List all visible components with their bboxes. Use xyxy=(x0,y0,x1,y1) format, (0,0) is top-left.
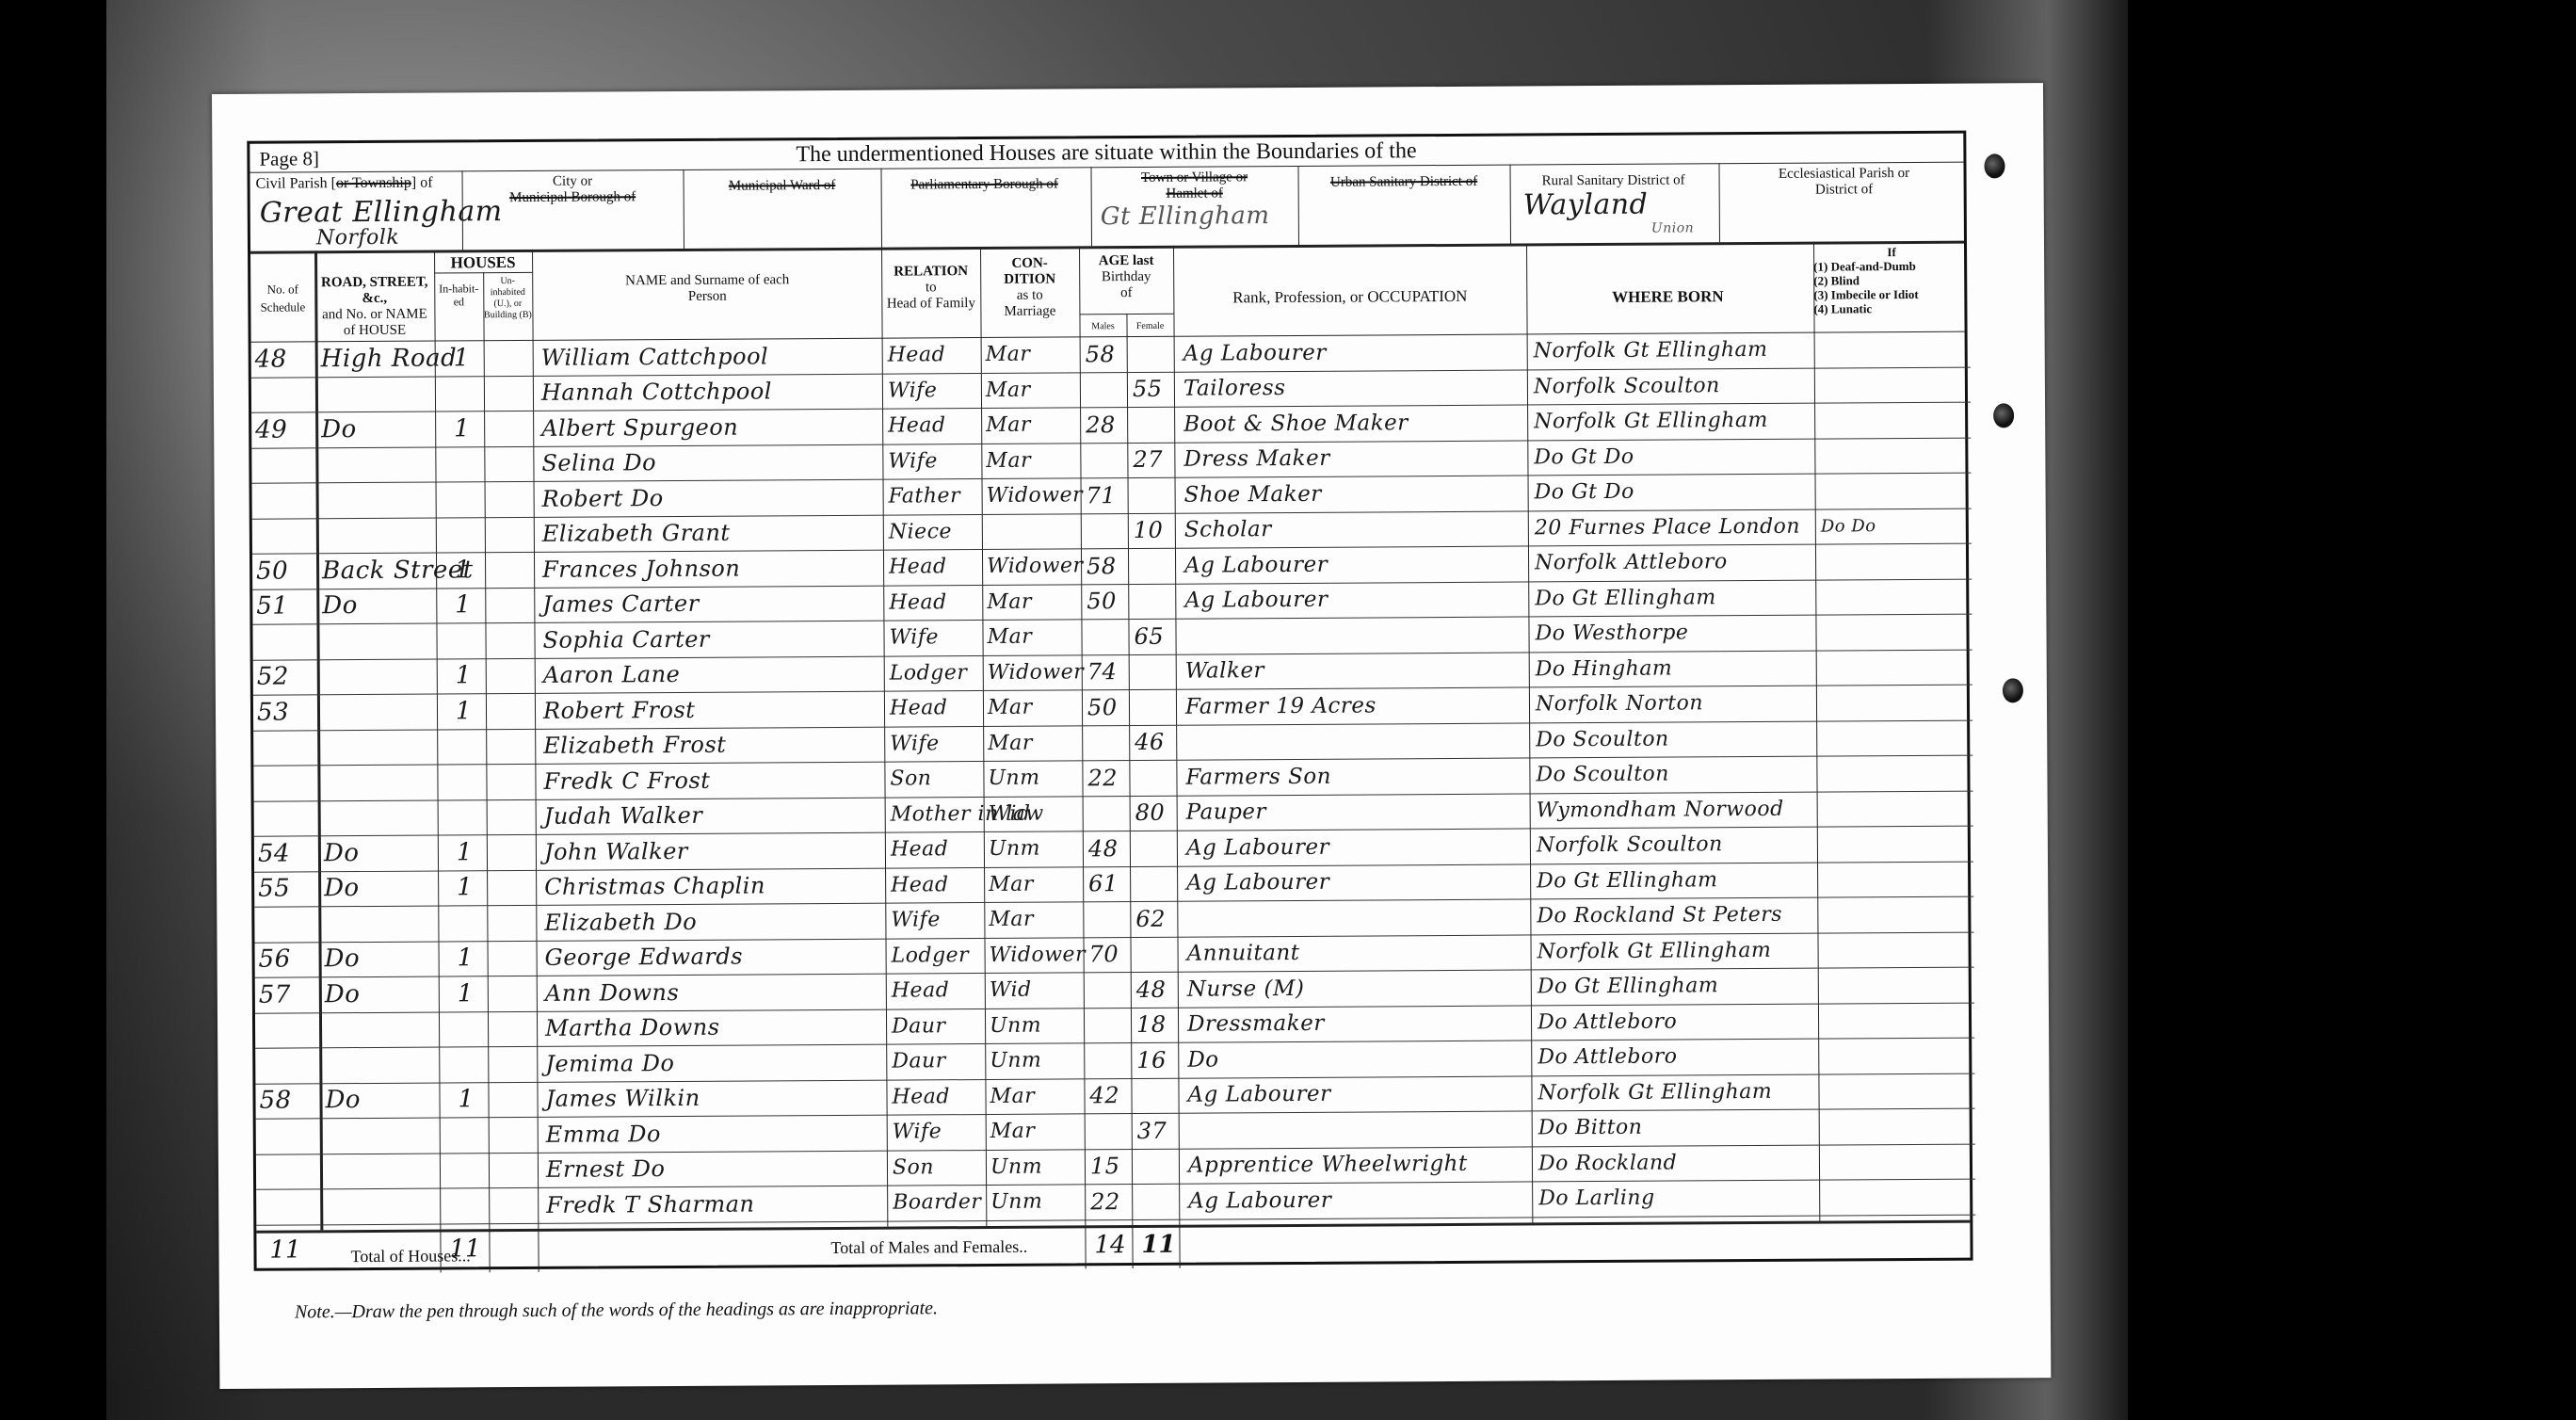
col-condition: CON- DITION as to Marriage xyxy=(980,255,1079,320)
where-born-cell: Do Attleboro xyxy=(1538,1003,1818,1040)
col-relation-l2: to xyxy=(881,280,980,297)
inhabited-cell: 1 xyxy=(457,834,485,870)
road-cell xyxy=(323,694,436,730)
relation-cell: Mother in law xyxy=(891,797,985,832)
col-age-l1: AGE last xyxy=(1079,253,1173,270)
col-schedule: No. of Schedule xyxy=(250,280,314,315)
relation-cell: Boarder xyxy=(893,1185,987,1220)
female-age-cell: 55 xyxy=(1133,371,1174,407)
page-title: The undermentioned Houses are situate wi… xyxy=(796,138,1416,168)
col-condition-l4: Marriage xyxy=(980,303,1079,320)
schedule-cell: 57 xyxy=(259,976,319,1012)
civil-parish-label: Civil Parish [ xyxy=(256,175,336,192)
male-age-cell: 22 xyxy=(1087,760,1129,796)
col-name-l2: Person xyxy=(580,288,834,306)
city-label: City or xyxy=(462,173,684,190)
inhabited-cell xyxy=(454,446,482,482)
name-cell: Fredk T Sharman xyxy=(546,1186,887,1223)
male-age-cell: 58 xyxy=(1087,548,1128,584)
road-cell: Do xyxy=(324,941,437,976)
name-cell: Elizabeth Frost xyxy=(543,726,884,764)
male-age-cell xyxy=(1086,372,1127,408)
relation-cell: Head xyxy=(891,831,985,867)
road-cell xyxy=(323,658,436,694)
disability-cell xyxy=(1823,896,1973,932)
municipal-ward-cell: Municipal Ward of xyxy=(684,178,881,195)
schedule-cell xyxy=(256,518,316,554)
where-born-cell: Norfolk Scoulton xyxy=(1534,367,1814,404)
col-age-l3: of xyxy=(1079,285,1173,302)
col-schedule-l1: No. of xyxy=(250,280,314,298)
schedule-cell: 52 xyxy=(257,659,317,695)
occupation-cell: Walker xyxy=(1185,652,1529,689)
schedule-cell xyxy=(255,447,315,483)
schedule-cell xyxy=(259,1047,319,1083)
where-born-cell: Norfolk Norton xyxy=(1536,686,1816,722)
disability-cell xyxy=(1820,331,1971,367)
town-village-label: Town or Village or xyxy=(1091,169,1298,186)
occupation-cell: Shoe Maker xyxy=(1184,475,1528,512)
road-cell xyxy=(322,623,435,659)
where-born-cell: Do Gt Ellingham xyxy=(1537,862,1817,898)
occupation-cell: Dress Maker xyxy=(1183,440,1527,477)
condition-cell: Mar xyxy=(988,725,1082,761)
inhabited-cell xyxy=(456,729,484,765)
name-cell: Emma Do xyxy=(546,1115,887,1153)
where-born-cell: Do Bitton xyxy=(1538,1109,1819,1146)
road-cell: Back Street xyxy=(322,553,435,589)
disability-cell xyxy=(1821,614,1972,650)
road-cell xyxy=(323,729,436,765)
name-cell: Frances Johnson xyxy=(542,550,883,588)
female-age-cell: 27 xyxy=(1133,442,1174,477)
name-cell: Martha Downs xyxy=(545,1009,886,1046)
condition-cell: Mar xyxy=(987,584,1081,620)
schedule-cell: 49 xyxy=(255,411,315,447)
schedule-cell xyxy=(260,1188,320,1224)
male-age-cell xyxy=(1089,972,1131,1008)
schedule-cell: 58 xyxy=(259,1083,319,1119)
occupation-cell: Ag Labourer xyxy=(1188,1181,1532,1218)
parliamentary-borough-cell: Parliamentary Borough of xyxy=(881,176,1088,193)
name-cell: James Carter xyxy=(542,585,883,622)
census-table: Page 8] The undermentioned Houses are si… xyxy=(247,131,1972,1271)
female-age-cell xyxy=(1137,1184,1179,1219)
relation-cell: Son xyxy=(893,1149,987,1185)
where-born-cell: Do Scoulton xyxy=(1536,756,1816,793)
col-houses: HOUSES xyxy=(434,253,532,272)
female-age-cell xyxy=(1134,548,1175,584)
col-name: NAME and Surname of each Person xyxy=(580,272,834,306)
col-disability-l2: (2) Blind xyxy=(1813,273,1970,288)
occupation-cell: Boot & Shoe Maker xyxy=(1183,404,1527,442)
col-schedule-l2: Schedule xyxy=(250,298,314,315)
male-age-cell: 22 xyxy=(1090,1184,1132,1219)
where-born-cell: Norfolk Gt Ellingham xyxy=(1537,932,1817,969)
inhabited-cell: 1 xyxy=(454,411,482,446)
road-cell xyxy=(322,517,435,553)
col-disability-l0: If xyxy=(1813,245,1970,260)
road-cell: Do xyxy=(324,835,437,871)
road-cell: Do xyxy=(325,976,438,1012)
female-age-cell xyxy=(1135,865,1177,901)
disability-cell xyxy=(1821,578,1972,614)
road-cell: Do xyxy=(321,411,434,447)
condition-cell: Unm xyxy=(990,1042,1084,1078)
condition-cell: Wid xyxy=(990,972,1084,1008)
total-schedules: 11 xyxy=(269,1235,300,1264)
where-born-cell: 20 Furnes Place London xyxy=(1535,508,1815,545)
occupation-cell: Tailoress xyxy=(1183,369,1527,407)
total-persons-label: Total of Males and Females.. xyxy=(830,1237,1027,1258)
road-cell xyxy=(323,765,436,800)
col-disability: If (1) Deaf-and-Dumb (2) Blind (3) Imbec… xyxy=(1813,245,1970,316)
disability-cell xyxy=(1824,1073,1974,1108)
ecclesiastical-label: Ecclesiastical Parish or xyxy=(1719,166,1970,184)
condition-cell: Mar xyxy=(987,619,1081,654)
female-age-cell xyxy=(1134,583,1175,619)
civil-parish-county: Norfolk xyxy=(316,226,399,250)
inhabited-cell xyxy=(457,905,485,941)
disability-cell xyxy=(1823,931,1973,967)
road-cell: Do xyxy=(324,870,437,906)
ecclesiastical-label-2: District of xyxy=(1719,182,1970,200)
relation-cell: Lodger xyxy=(891,937,985,973)
road-cell xyxy=(321,376,434,411)
occupation-cell: Ag Labourer xyxy=(1186,863,1530,901)
condition-cell: Mar xyxy=(989,866,1083,902)
col-uninhabited: Un-inhabited (U.), or Building (B) xyxy=(483,276,532,321)
disability-cell xyxy=(1822,685,1972,720)
inhabited-cell: 1 xyxy=(455,552,483,588)
col-relation: RELATION to Head of Family xyxy=(881,264,980,313)
female-age-cell xyxy=(1135,654,1176,689)
where-born-cell: Do Scoulton xyxy=(1536,720,1816,757)
occupation-cell xyxy=(1186,898,1530,936)
female-age-cell xyxy=(1134,477,1175,513)
female-age-cell xyxy=(1135,936,1177,972)
binder-hole xyxy=(1993,403,2014,428)
inhabited-cell xyxy=(459,1153,487,1188)
road-cell: Do xyxy=(325,1082,438,1118)
road-cell xyxy=(325,1047,438,1083)
condition-cell: Unm xyxy=(990,1184,1085,1219)
female-age-cell xyxy=(1135,689,1176,725)
disability-cell xyxy=(1825,1108,1975,1144)
disability-cell xyxy=(1823,790,1973,826)
disability-cell xyxy=(1822,719,1972,755)
col-condition-l2: DITION xyxy=(980,271,1079,288)
col-disability-l3: (3) Imbecile or Idiot xyxy=(1813,287,1970,302)
schedule-cell xyxy=(260,1154,320,1189)
male-age-cell xyxy=(1089,1042,1131,1078)
name-cell: Selina Do xyxy=(541,444,882,481)
where-born-cell: Norfolk Gt Ellingham xyxy=(1534,403,1814,440)
road-cell xyxy=(326,1118,439,1154)
name-cell: Aaron Lane xyxy=(543,655,884,693)
urban-sanitary-cell: Urban Sanitary District of xyxy=(1298,174,1510,191)
male-age-cell xyxy=(1087,725,1129,761)
where-born-cell: Norfolk Gt Ellingham xyxy=(1538,1073,1818,1110)
female-age-cell xyxy=(1133,336,1174,372)
municipal-ward-label: Municipal Ward of xyxy=(684,178,881,195)
inhabited-cell xyxy=(455,517,483,553)
relation-cell: Head xyxy=(892,1078,986,1114)
schedule-cell xyxy=(257,765,317,800)
name-cell: John Walker xyxy=(544,832,885,870)
name-cell: Hannah Cottchpool xyxy=(541,373,882,411)
where-born-cell: Norfolk Scoulton xyxy=(1537,827,1817,863)
condition-cell xyxy=(987,513,1081,549)
condition-cell: Widower xyxy=(987,477,1081,513)
where-born-cell: Do Larling xyxy=(1538,1180,1819,1217)
name-cell: Sophia Carter xyxy=(542,621,883,658)
inhabited-cell xyxy=(455,481,483,517)
total-males: 14 xyxy=(1094,1231,1125,1259)
female-age-cell: 46 xyxy=(1135,724,1176,760)
ecclesiastical-parish-cell: Ecclesiastical Parish or District of xyxy=(1719,166,1970,200)
relation-cell: Head xyxy=(888,337,982,373)
relation-cell: Wife xyxy=(888,373,982,409)
col-condition-l1: CON- xyxy=(980,255,1079,272)
inhabited-cell xyxy=(456,764,484,799)
female-age-cell: 62 xyxy=(1135,901,1177,937)
relation-cell: Head xyxy=(892,973,986,1009)
disability-cell xyxy=(1820,366,1971,402)
page-label: Page 8] xyxy=(259,147,319,170)
schedule-cell xyxy=(259,1012,319,1048)
occupation-cell: Nurse (M) xyxy=(1187,969,1531,1007)
where-born-cell: Do Gt Do xyxy=(1534,438,1814,475)
total-females: 11 xyxy=(1141,1231,1175,1259)
name-cell: Elizabeth Do xyxy=(544,903,885,941)
footer-note: Note.—Draw the pen through such of the w… xyxy=(295,1298,938,1323)
condition-cell: Mar xyxy=(986,336,1080,372)
condition-cell: Unm xyxy=(988,760,1082,796)
occupation-cell: Farmer 19 Acres xyxy=(1185,686,1529,724)
occupation-cell xyxy=(1184,616,1528,654)
inhabited-cell: 1 xyxy=(457,941,485,976)
disability-cell xyxy=(1820,473,1971,508)
relation-cell: Lodger xyxy=(890,655,984,691)
rural-sanitary-value: Wayland xyxy=(1523,196,1649,215)
condition-cell: Mar xyxy=(988,689,1082,725)
condition-cell: Mar xyxy=(986,443,1080,478)
name-cell: William Cattchpool xyxy=(541,338,882,376)
relation-cell: Wife xyxy=(891,902,985,938)
where-born-cell: Do Gt Ellingham xyxy=(1535,579,1815,616)
female-age-cell xyxy=(1137,1148,1179,1184)
col-inhabited: In-habit-ed xyxy=(434,282,483,308)
col-females: Female xyxy=(1126,317,1173,335)
hamlet-label: Hamlet of xyxy=(1091,186,1298,202)
inhabited-cell xyxy=(454,376,482,411)
female-age-cell: 80 xyxy=(1135,795,1177,831)
female-age-cell: 65 xyxy=(1134,619,1175,654)
schedule-cell xyxy=(260,1118,320,1154)
condition-cell: Mar xyxy=(986,407,1080,443)
condition-cell: Unm xyxy=(990,1149,1085,1185)
municipal-borough-label: Municipal Borough of xyxy=(462,189,684,206)
road-cell: Do xyxy=(322,588,435,623)
occupation-cell: Scholar xyxy=(1184,510,1528,548)
female-age-cell: 18 xyxy=(1136,1007,1178,1042)
name-cell: Robert Frost xyxy=(543,691,884,729)
relation-cell: Head xyxy=(889,585,983,621)
inhabited-cell: 1 xyxy=(458,976,486,1011)
condition-cell: Mar xyxy=(990,1078,1084,1114)
occupation-cell: Ag Labourer xyxy=(1186,828,1530,865)
relation-cell: Head xyxy=(888,408,982,444)
binder-hole xyxy=(1984,153,2004,178)
relation-cell: Head xyxy=(890,690,984,726)
name-cell: Ernest Do xyxy=(546,1150,887,1187)
occupation-cell xyxy=(1185,722,1529,760)
road-cell xyxy=(322,482,435,518)
female-age-cell: 48 xyxy=(1136,972,1178,1008)
female-age-cell xyxy=(1133,407,1174,443)
road-cell xyxy=(326,1188,439,1224)
occupation-cell: Do xyxy=(1187,1040,1531,1077)
schedule-cell: 54 xyxy=(258,835,318,871)
condition-cell: Unm xyxy=(989,831,1083,866)
city-borough-cell: City or Municipal Borough of xyxy=(462,173,684,206)
schedule-cell xyxy=(258,800,318,836)
male-age-cell: 74 xyxy=(1087,654,1129,690)
civil-parish-struck: or Township xyxy=(336,175,411,191)
occupation-cell: Annuitant xyxy=(1186,934,1530,972)
relation-cell: Father xyxy=(889,478,983,514)
condition-cell: Widower xyxy=(987,548,1081,584)
female-age-cell: 10 xyxy=(1134,512,1175,548)
male-age-cell xyxy=(1088,796,1130,831)
male-age-cell: 42 xyxy=(1089,1078,1131,1114)
relation-cell: Daur xyxy=(892,1043,986,1079)
occupation-cell: Ag Labourer xyxy=(1183,333,1527,371)
rural-sanitary-union: Union xyxy=(1651,219,1694,237)
relation-cell: Niece xyxy=(889,514,983,550)
disability-cell xyxy=(1823,861,1973,896)
urban-sanitary-label: Urban Sanitary District of xyxy=(1298,174,1510,191)
col-age: AGE last Birthday of xyxy=(1079,253,1173,302)
disability-cell xyxy=(1820,437,1971,473)
relation-cell: Wife xyxy=(890,726,984,762)
total-houses-value: 11 xyxy=(449,1234,480,1263)
road-cell xyxy=(325,1011,438,1047)
where-born-cell: Do Hingham xyxy=(1536,650,1816,686)
name-cell: George Edwards xyxy=(544,938,885,976)
rural-sanitary-label: Rural Sanitary District of xyxy=(1510,172,1717,189)
binder-hole xyxy=(2003,678,2023,702)
inhabited-cell: 1 xyxy=(455,588,483,623)
disability-cell: Do Do xyxy=(1821,508,1972,543)
inhabited-cell xyxy=(459,1187,487,1223)
schedule-cell xyxy=(258,906,318,942)
name-cell: Fredk C Frost xyxy=(543,762,884,799)
name-cell: James Wilkin xyxy=(545,1079,886,1117)
male-age-cell: 28 xyxy=(1086,407,1127,443)
where-born-cell: Norfolk Attleboro xyxy=(1535,544,1815,581)
name-cell: Jemima Do xyxy=(545,1044,886,1082)
where-born-cell: Do Attleboro xyxy=(1538,1039,1818,1075)
col-males: Males xyxy=(1079,317,1126,335)
schedule-cell: 56 xyxy=(259,942,319,977)
where-born-cell: Do Rockland xyxy=(1538,1144,1819,1181)
road-cell xyxy=(321,446,434,482)
female-age-cell: 37 xyxy=(1137,1113,1179,1149)
female-age-cell xyxy=(1136,1077,1178,1113)
condition-cell: Mar xyxy=(986,372,1080,408)
male-age-cell: 71 xyxy=(1087,477,1128,513)
inhabited-cell: 1 xyxy=(457,870,485,906)
name-cell: Elizabeth Grant xyxy=(542,514,883,552)
col-disability-l4: (4) Lunatic xyxy=(1813,301,1970,316)
col-condition-l3: as to xyxy=(980,287,1079,304)
occupation-cell: Ag Labourer xyxy=(1184,581,1528,619)
relation-cell: Head xyxy=(889,549,983,585)
col-relation-l1: RELATION xyxy=(881,264,980,281)
where-born-cell: Norfolk Gt Ellingham xyxy=(1534,332,1814,369)
occupation-cell: Ag Labourer xyxy=(1187,1075,1531,1113)
male-age-cell xyxy=(1088,901,1130,937)
name-cell: Robert Do xyxy=(542,479,883,517)
schedule-cell: 51 xyxy=(256,589,316,624)
male-age-cell: 61 xyxy=(1088,866,1130,902)
name-cell: Albert Spurgeon xyxy=(541,409,882,446)
relation-cell: Daur xyxy=(892,1008,986,1043)
rural-sanitary-cell: Rural Sanitary District of Wayland Union xyxy=(1510,172,1717,189)
male-age-cell xyxy=(1087,513,1128,549)
condition-cell: Wid xyxy=(989,796,1083,831)
male-age-cell: 50 xyxy=(1087,689,1129,725)
inhabited-cell xyxy=(457,799,485,835)
schedule-cell: 48 xyxy=(255,341,315,377)
relation-cell: Wife xyxy=(888,444,982,479)
disability-cell xyxy=(1823,826,1973,862)
disability-cell xyxy=(1824,1038,1974,1073)
occupation-cell: Farmers Son xyxy=(1185,757,1529,795)
male-age-cell: 50 xyxy=(1087,584,1128,620)
male-age-cell xyxy=(1086,443,1127,478)
where-born-cell: Do Westhorpe xyxy=(1535,615,1815,652)
col-road-l2: and No. or NAME of HOUSE xyxy=(314,307,434,340)
disability-cell xyxy=(1824,1002,1974,1038)
schedule-cell xyxy=(256,482,316,518)
condition-cell: Unm xyxy=(990,1008,1084,1043)
inhabited-cell xyxy=(458,1011,486,1047)
relation-cell: Wife xyxy=(889,620,983,655)
female-age-cell xyxy=(1135,831,1177,866)
occupation-cell: Ag Labourer xyxy=(1184,545,1528,583)
disability-cell xyxy=(1825,1179,1975,1215)
road-cell xyxy=(324,799,437,835)
male-age-cell: 70 xyxy=(1088,937,1130,973)
female-age-cell xyxy=(1135,760,1176,796)
male-age-cell: 48 xyxy=(1088,831,1130,866)
relation-cell: Son xyxy=(890,761,984,797)
col-road: ROAD, STREET, &c., and No. or NAME of HO… xyxy=(314,275,434,340)
col-where-born: WHERE BORN xyxy=(1526,287,1809,307)
condition-cell: Widower xyxy=(989,937,1083,973)
col-road-l1: ROAD, STREET, &c., xyxy=(314,275,434,308)
occupation-cell: Dressmaker xyxy=(1187,1005,1531,1042)
occupation-cell xyxy=(1188,1110,1532,1148)
disability-cell xyxy=(1825,1143,1975,1179)
name-cell: Christmas Chaplin xyxy=(544,867,885,905)
col-age-l2: Birthday xyxy=(1079,269,1173,286)
inhabited-cell: 1 xyxy=(456,658,484,694)
name-cell: Ann Downs xyxy=(545,974,886,1011)
